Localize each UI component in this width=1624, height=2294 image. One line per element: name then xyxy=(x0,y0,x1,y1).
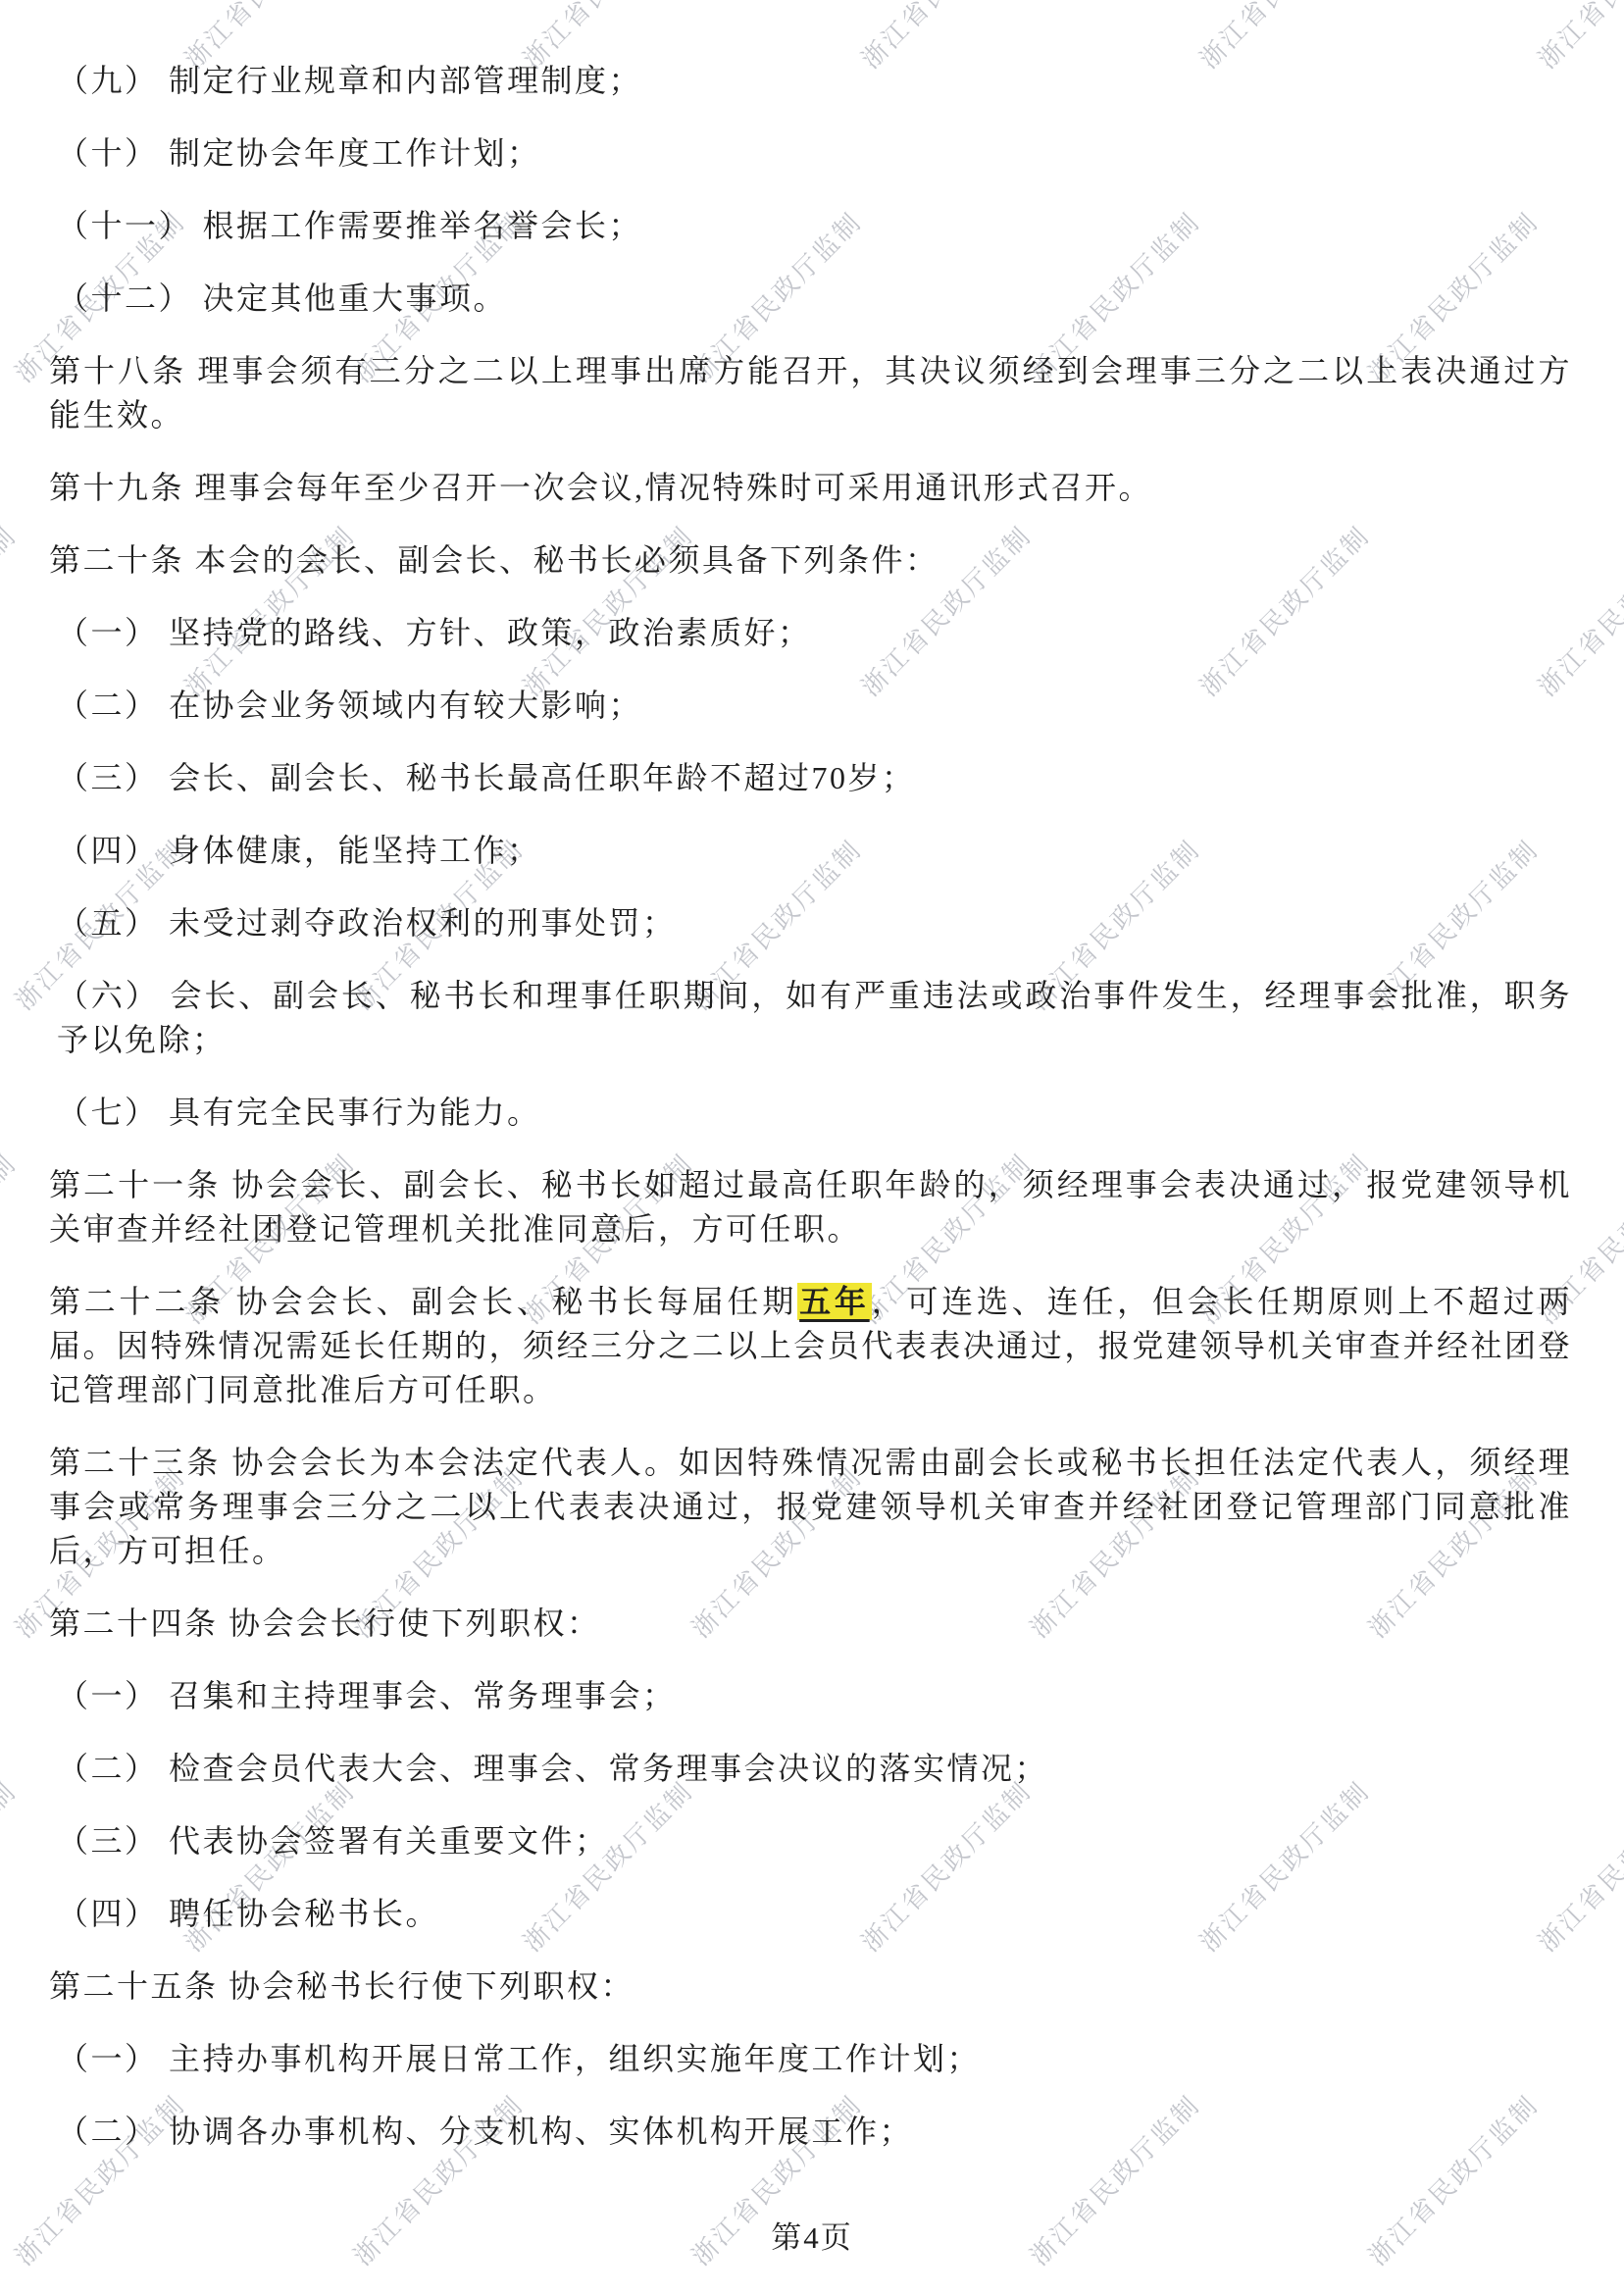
watermark-text: 浙江省民政厅监制 xyxy=(0,1772,24,1959)
article-paragraph: 第十九条 理事会每年至少召开一次会议,情况特殊时可采用通讯形式召开。 xyxy=(49,466,1572,510)
list-item-paragraph: （四） 身体健康，能坚持工作； xyxy=(49,829,1572,873)
article-paragraph: 第二十一条 协会会长、副会长、秘书长如超过最高任职年龄的，须经理事会表决通过，报… xyxy=(49,1163,1572,1251)
list-item-paragraph: （四） 聘任协会秘书长。 xyxy=(49,1892,1572,1936)
list-item-paragraph: （十一） 根据工作需要推举名誉会长； xyxy=(49,204,1572,248)
list-item-paragraph: （五） 未受过剥夺政治权利的刑事处罚； xyxy=(49,901,1572,945)
list-item-paragraph: （十） 制定协会年度工作计划； xyxy=(49,131,1572,176)
article-paragraph: 第二十条 本会的会长、副会长、秘书长必须具备下列条件： xyxy=(49,538,1572,583)
list-item-paragraph: （六） 会长、副会长、秘书长和理事任职期间，如有严重违法或政治事件发生，经理事会… xyxy=(49,974,1572,1062)
watermark-text: 浙江省民政厅监制 xyxy=(0,517,24,703)
article-paragraph: 第二十五条 协会秘书长行使下列职权： xyxy=(49,1964,1572,2009)
list-item-paragraph: （一） 坚持党的路线、方针、政策，政治素质好； xyxy=(49,611,1572,655)
paragraph-text: 第二十二条 协会会长、副会长、秘书长每届任期 xyxy=(49,1284,797,1319)
list-item-paragraph: （一） 主持办事机构开展日常工作，组织实施年度工作计划； xyxy=(49,2037,1572,2081)
list-item-paragraph: （三） 会长、副会长、秘书长最高任职年龄不超过70岁； xyxy=(49,756,1572,800)
list-item-paragraph: （二） 协调各办事机构、分支机构、实体机构开展工作； xyxy=(49,2110,1572,2154)
list-item-paragraph: （二） 检查会员代表大会、理事会、常务理事会决议的落实情况； xyxy=(49,1747,1572,1791)
watermark-text: 浙江省民政厅监制 xyxy=(0,0,24,76)
page-footer: 第4页 xyxy=(0,2213,1624,2257)
article-paragraph: 第二十四条 协会会长行使下列职权： xyxy=(49,1602,1572,1646)
article-paragraph: 第十八条 理事会须有三分之二以上理事出席方能召开，其决议须经到会理事三分之二以上… xyxy=(49,349,1572,437)
list-item-paragraph: （七） 具有完全民事行为能力。 xyxy=(49,1091,1572,1135)
document-page: 浙江省民政厅监制浙江省民政厅监制浙江省民政厅监制浙江省民政厅监制浙江省民政厅监制… xyxy=(0,0,1624,2294)
highlighted-term: 五年 xyxy=(797,1283,872,1320)
list-item-paragraph: （一） 召集和主持理事会、常务理事会； xyxy=(49,1674,1572,1718)
page-number: 第4页 xyxy=(771,2220,853,2255)
document-content: （九） 制定行业规章和内部管理制度；（十） 制定协会年度工作计划；（十一） 根据… xyxy=(49,59,1572,2182)
article-paragraph: 第二十二条 协会会长、副会长、秘书长每届任期五年，可连选、连任，但会长任期原则上… xyxy=(49,1280,1572,1412)
watermark-text: 浙江省民政厅监制 xyxy=(0,1145,24,1331)
list-item-paragraph: （三） 代表协会签署有关重要文件； xyxy=(49,1819,1572,1863)
article-paragraph: 第二十三条 协会会长为本会法定代表人。如因特殊情况需由副会长或秘书长担任法定代表… xyxy=(49,1441,1572,1573)
list-item-paragraph: （九） 制定行业规章和内部管理制度； xyxy=(49,59,1572,103)
list-item-paragraph: （二） 在协会业务领域内有较大影响； xyxy=(49,684,1572,728)
list-item-paragraph: （十二） 决定其他重大事项。 xyxy=(49,277,1572,321)
